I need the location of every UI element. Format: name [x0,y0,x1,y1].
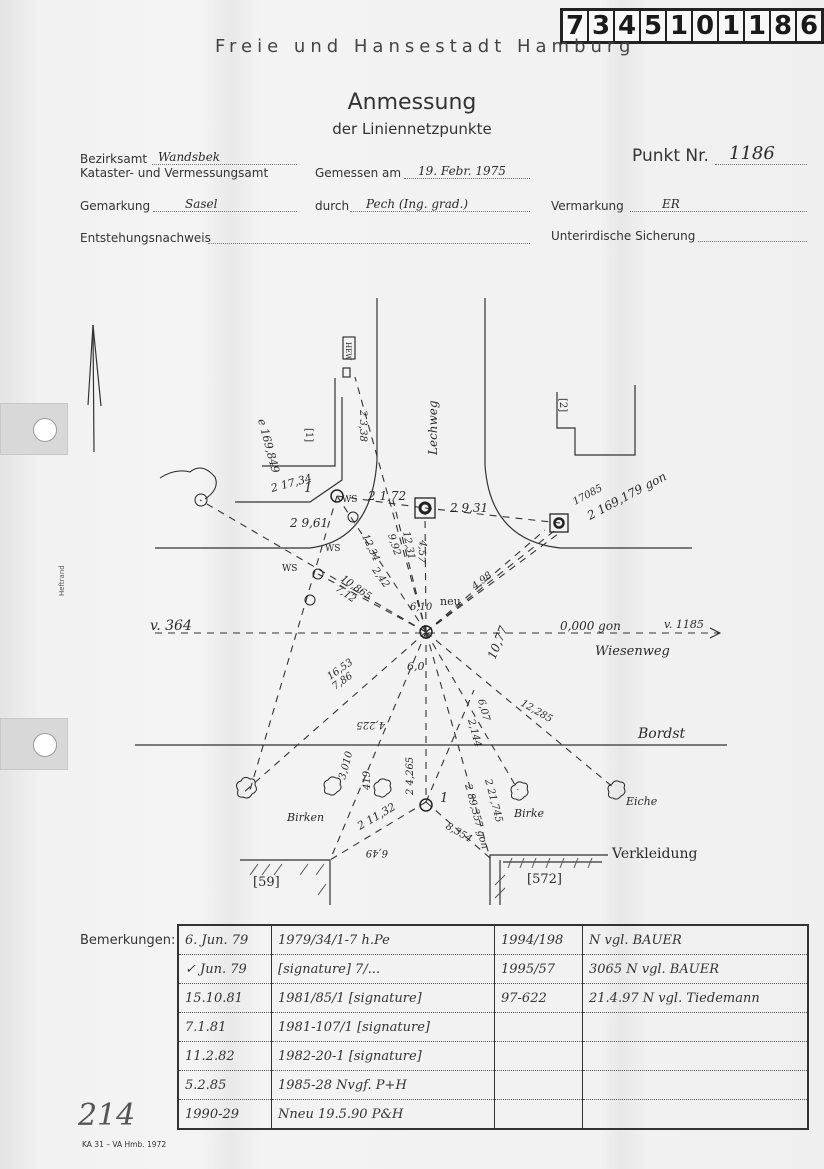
page-number: 214 [78,1098,135,1133]
label-ws: WS [282,564,297,574]
ref-right-label: v. 1185 [664,618,704,631]
remarks-cell: 1979/34/1-7 h.Pe [272,925,495,955]
dist-1234: 12,34 [359,533,381,564]
dist-610: 6,10 [410,602,433,613]
dist-4225: 4,225 [356,719,386,730]
remarks-cell: 97-622 [495,984,583,1013]
dist-2172: 2 1,72 [367,489,406,503]
remarks-row: ✓ Jun. 79[signature] 7/...1995/573065 N … [178,955,808,984]
remarks-cell: N vgl. BAUER [583,925,809,955]
remarks-cell: Nneu 19.5.90 P&H [272,1100,495,1130]
remarks-row: 15.10.811981/85/1 [signature]97-62221.4.… [178,984,808,1013]
remarks-cell [495,1100,583,1130]
remarks-cell: 15.10.81 [178,984,272,1013]
remarks-label: Bemerkungen: [80,933,175,948]
remarks-cell [495,1071,583,1100]
north-arrow-icon [88,325,101,452]
dist-2144: 2,144 [465,717,483,748]
dist-1231: 12,31 [400,530,417,560]
label-birke: Birke [513,807,545,820]
remarks-row: 6. Jun. 791979/34/1-7 h.Pe1994/198N vgl.… [178,925,808,955]
remarks-cell: 21.4.97 N vgl. Tiedemann [583,984,809,1013]
remarks-cell: 1994/198 [495,925,583,955]
remarks-cell [583,1100,809,1130]
remarks-cell: 6. Jun. 79 [178,925,272,955]
label-hew: HEW [344,342,352,361]
street-wiesenweg: Wiesenweg [595,644,670,659]
remarks-table: 6. Jun. 791979/34/1-7 h.Pe1994/198N vgl.… [177,924,809,1130]
remarks-cell: 1982-20-1 [signature] [272,1042,495,1071]
dist-12285: 12,285 [519,698,555,725]
remarks-cell: [signature] 7/... [272,955,495,984]
building-572: [572] [527,872,562,887]
dist-1077: 10,77 [485,624,511,661]
dist-2931: 2 9,31 [449,501,488,515]
remarks-cell: 1981-107/1 [signature] [272,1013,495,1042]
remarks-cell: 1981/85/1 [signature] [272,984,495,1013]
bordstein-label: Bordst [637,726,686,742]
label-birken: Birken [286,811,324,824]
building-1: [1] [303,428,314,442]
remarks-row: 11.2.821982-20-1 [signature] [178,1042,808,1071]
dist-649: 6,49 [365,847,388,858]
remarks-row: 1990-29Nneu 19.5.90 P&H [178,1100,808,1130]
remarks-row: 7.1.811981-107/1 [signature] [178,1013,808,1042]
ref-left-label: v. 364 [150,618,192,634]
dist-419: 419 [362,770,373,791]
remarks-cell [583,1071,809,1100]
remarks-row: 5.2.851985-28 Nvgf. P+H [178,1071,808,1100]
street-lechweg: Lechweg [426,400,440,456]
dist-607: 6,07 [475,698,492,723]
point-1a: 1 [304,481,312,496]
dist-neu: neu [440,595,461,608]
label-ws: WS [342,495,357,505]
dist-21745: 2 21,745 [482,777,504,824]
form-code: KA 31 – VA Hmb. 1972 [82,1140,166,1149]
building-59: [59] [253,875,280,890]
remarks-cell: 7.1.81 [178,1013,272,1042]
remarks-cell: 3065 N vgl. BAUER [583,955,809,984]
dist-992: 9,92 [385,533,402,558]
label-eiche: Eiche [625,795,658,808]
verkleidung-label: Verkleidung [611,846,698,862]
bearing-zero: 0,000 gon [560,619,621,633]
dist-2338: 2 3,38 [357,409,368,442]
dist-1132: 2 11,32 [354,800,398,833]
remarks-cell: 1990-29 [178,1100,272,1130]
dist-8354: 8,354 [444,821,474,845]
dist-2961: 2 9,61 [289,516,328,530]
dist-3010: 3,010 [337,750,355,781]
remarks-cell [495,1042,583,1071]
remarks-cell [495,1013,583,1042]
remarks-cell: 1985-28 Nvgf. P+H [272,1071,495,1100]
remarks-cell: ✓ Jun. 79 [178,955,272,984]
dist-457: 4,57 [415,539,428,564]
remarks-cell: 5.2.85 [178,1071,272,1100]
label-ws: WS [325,544,340,554]
remarks-cell [583,1042,809,1071]
bearing-4: e 169,849 [255,417,282,474]
point-1b: 1 [440,791,448,806]
building-2: [2] [557,398,568,412]
dist-4265: 2 4,265 [405,757,416,796]
remarks-cell: 1995/57 [495,955,583,984]
dist-242: 2,42 [369,565,391,590]
remarks-cell: 11.2.82 [178,1042,272,1071]
dist-60: 6,0 [407,660,425,673]
remarks-cell [583,1013,809,1042]
dist-498: 4,98 [469,570,494,593]
